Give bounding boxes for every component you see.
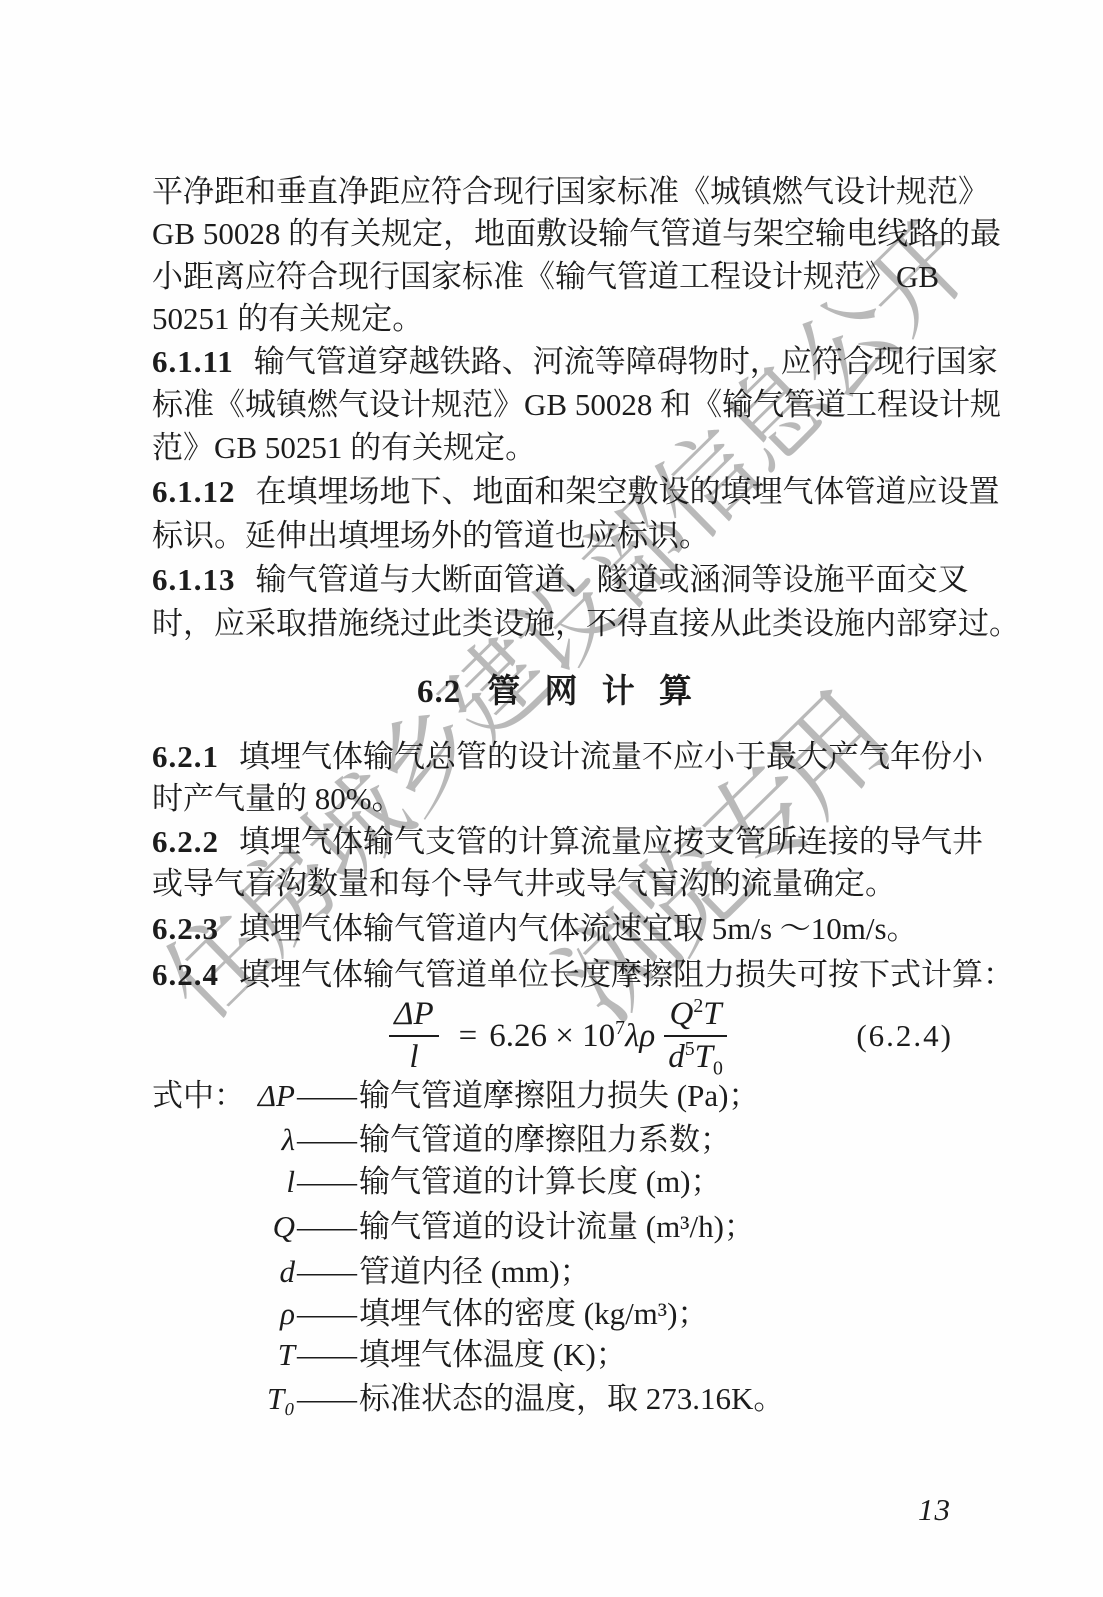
clause-number: 6.2.3 — [152, 911, 219, 946]
clause-6-2-2-line: 或导气盲沟数量和每个导气井或导气盲沟的流量确定。 — [152, 863, 965, 905]
clause-6-1-12-line: 标识。延伸出填埋场外的管道也应标识。 — [152, 515, 965, 557]
clause-6-1-13-line: 时，应采取措施绕过此类设施，不得直接从此类设施内部穿过。 — [152, 603, 965, 645]
clause-number: 6.1.12 — [152, 474, 236, 509]
clause-number: 6.2.4 — [152, 957, 219, 992]
definition-desc: 标准状态的温度，取 273.16K。 — [359, 1378, 784, 1420]
definition-dash: —— — [297, 1334, 355, 1376]
body-text: 输气管道与大断面管道、隧道或涵洞等设施平面交叉 — [256, 562, 969, 597]
body-text: 标识。延伸出填埋场外的管道也应标识。 — [152, 518, 710, 553]
body-line: 小距离应符合现行国家标准《输气管道工程设计规范》GB — [152, 256, 965, 298]
definition-dash: —— — [297, 1293, 355, 1335]
definition-dash: —— — [297, 1161, 355, 1203]
body-text: 时，应采取措施绕过此类设施，不得直接从此类设施内部穿过。 — [152, 606, 1020, 641]
formula-term: λρ — [625, 1018, 655, 1054]
equation: ΔP l = 6.26 × 107λρ Q2T d5T0 — [152, 988, 965, 1084]
body-line: 50251 的有关规定。 — [152, 298, 965, 340]
formula-term: 6.26 × 10 — [489, 1018, 615, 1054]
clause-number: 6.1.11 — [152, 344, 234, 379]
formula-term: T — [703, 996, 721, 1032]
body-text: 在填埋场地下、地面和架空敷设的填埋气体管道应设置 — [256, 474, 1000, 509]
body-text: 标准《城镇燃气设计规范》GB 50028 和《输气管道工程设计规 — [152, 387, 1001, 422]
exponent: 7 — [615, 1017, 625, 1039]
section-title: 管 网 计 算 — [487, 674, 700, 710]
definition-term: T₀ — [243, 1378, 295, 1420]
clause-6-1-12-line: 6.1.12在填埋场地下、地面和架空敷设的填埋气体管道应设置 — [152, 471, 965, 513]
equals-sign: = — [459, 1018, 478, 1055]
definition-row: l——输气管道的计算长度 (m)； — [152, 1161, 965, 1203]
equation-number: (6.2.4) — [856, 1015, 953, 1057]
definition-desc: 输气管道的计算长度 (m)； — [359, 1161, 722, 1203]
definition-term: Q — [243, 1206, 295, 1248]
fraction-dp-l: ΔP l — [389, 997, 439, 1074]
clause-6-1-11-line: 6.1.11输气管道穿越铁路、河流等障碍物时，应符合现行国家 — [152, 341, 965, 383]
formula-term: ΔP — [394, 996, 434, 1032]
definition-term: λ — [243, 1119, 295, 1161]
definition-term: l — [243, 1161, 295, 1203]
definition-term: ΔP — [243, 1075, 295, 1117]
definition-term: d — [243, 1251, 295, 1293]
page-number: 13 — [918, 1492, 951, 1528]
definitions-prefix-spacer — [152, 1161, 243, 1203]
formula-6-2-4: ΔP l = 6.26 × 107λρ Q2T d5T0 (6.2.4) — [152, 988, 965, 1084]
definition-row: λ——输气管道的摩擦阻力系数； — [152, 1119, 965, 1161]
body-text: 时产气量的 80%。 — [152, 781, 403, 816]
section-heading: 6.2管 网 计 算 — [152, 670, 965, 714]
body-text: GB 50028 的有关规定，地面敷设输气管道与架空输电线路的最 — [152, 216, 1001, 251]
coefficient: 6.26 × 107λρ — [489, 1018, 655, 1055]
exponent: 5 — [685, 1038, 695, 1060]
body-text: 或导气盲沟数量和每个导气井或导气盲沟的流量确定。 — [152, 866, 896, 901]
body-text: 平净距和垂直净距应符合现行国家标准《城镇燃气设计规范》 — [152, 174, 989, 209]
clause-6-2-1-line: 时产气量的 80%。 — [152, 778, 965, 820]
section-number: 6.2 — [417, 674, 461, 710]
definitions-prefix: 式中： — [152, 1075, 243, 1117]
clause-6-1-11-line: 标准《城镇燃气设计规范》GB 50028 和《输气管道工程设计规 — [152, 384, 965, 426]
definition-row: d——管道内径 (mm)； — [152, 1251, 965, 1293]
formula-term: T — [695, 1039, 713, 1075]
definitions-prefix-spacer — [152, 1251, 243, 1293]
text-layer: 平净距和垂直净距应符合现行国家标准《城镇燃气设计规范》 GB 50028 的有关… — [152, 0, 965, 1597]
definition-desc: 输气管道的设计流量 (m³/h)； — [359, 1206, 755, 1248]
clause-6-2-2-line: 6.2.2填埋气体输气支管的计算流量应按支管所连接的导气井 — [152, 821, 965, 863]
body-text: 填埋气体输气管道单位长度摩擦阻力损失可按下式计算： — [239, 957, 1014, 992]
body-text: 输气管道穿越铁路、河流等障碍物时，应符合现行国家 — [254, 344, 998, 379]
body-text: 50251 的有关规定。 — [152, 301, 423, 336]
definition-row: ρ——填埋气体的密度 (kg/m³)； — [152, 1293, 965, 1335]
body-text: 填埋气体输气总管的设计流量不应小于最大产气年份小 — [239, 739, 983, 774]
clause-6-2-1-line: 6.2.1填埋气体输气总管的设计流量不应小于最大产气年份小 — [152, 736, 965, 778]
body-line: 平净距和垂直净距应符合现行国家标准《城镇燃气设计规范》 — [152, 171, 965, 213]
body-text: 填埋气体输气支管的计算流量应按支管所连接的导气井 — [239, 824, 983, 859]
definition-desc: 填埋气体的密度 (kg/m³)； — [359, 1293, 708, 1335]
clause-6-2-3-line: 6.2.3填埋气体输气管道内气体流速宜取 5m/s ～10m/s。 — [152, 908, 965, 950]
definitions-prefix-spacer — [152, 1378, 243, 1420]
definitions-prefix-spacer — [152, 1293, 243, 1335]
definition-dash: —— — [297, 1378, 355, 1420]
definition-term: T — [243, 1334, 295, 1376]
clause-number: 6.2.1 — [152, 739, 219, 774]
clause-number: 6.1.13 — [152, 562, 236, 597]
definition-dash: —— — [297, 1119, 355, 1161]
definition-desc: 输气管道的摩擦阻力系数； — [359, 1119, 731, 1161]
document-page: 住房城乡建设部信息公开 浏览专用 平净距和垂直净距应符合现行国家标准《城镇燃气设… — [0, 0, 1103, 1597]
definition-desc: 管道内径 (mm)； — [359, 1251, 591, 1293]
clause-6-1-13-line: 6.1.13输气管道与大断面管道、隧道或涵洞等设施平面交叉 — [152, 559, 965, 601]
formula-term: d — [668, 1039, 685, 1075]
body-line: GB 50028 的有关规定，地面敷设输气管道与架空输电线路的最 — [152, 213, 965, 255]
fraction-qt-dt: Q2T d5T0 — [663, 997, 728, 1074]
clause-number: 6.2.2 — [152, 824, 219, 859]
definition-dash: —— — [297, 1251, 355, 1293]
definition-row: Q——输气管道的设计流量 (m³/h)； — [152, 1206, 965, 1248]
body-text: 小距离应符合现行国家标准《输气管道工程设计规范》GB — [152, 259, 939, 294]
formula-term: l — [409, 1039, 418, 1075]
definition-row: 式中：ΔP——输气管道摩擦阻力损失 (Pa)； — [152, 1075, 965, 1117]
definition-row: T₀——标准状态的温度，取 273.16K。 — [152, 1378, 965, 1420]
definitions-prefix-spacer — [152, 1334, 243, 1376]
formula-term: Q — [669, 996, 693, 1032]
clause-6-1-11-line: 范》GB 50251 的有关规定。 — [152, 427, 965, 469]
definitions-prefix-spacer — [152, 1119, 243, 1161]
definition-term: ρ — [243, 1293, 295, 1335]
definition-dash: —— — [297, 1075, 355, 1117]
definition-dash: —— — [297, 1206, 355, 1248]
definition-desc: 输气管道摩擦阻力损失 (Pa)； — [359, 1075, 759, 1117]
definition-row: T——填埋气体温度 (K)； — [152, 1334, 965, 1376]
definition-desc: 填埋气体温度 (K)； — [359, 1334, 627, 1376]
exponent: 2 — [693, 995, 703, 1017]
body-text: 范》GB 50251 的有关规定。 — [152, 430, 536, 465]
body-text: 填埋气体输气管道内气体流速宜取 5m/s ～10m/s。 — [239, 911, 918, 946]
definitions-prefix-spacer — [152, 1206, 243, 1248]
